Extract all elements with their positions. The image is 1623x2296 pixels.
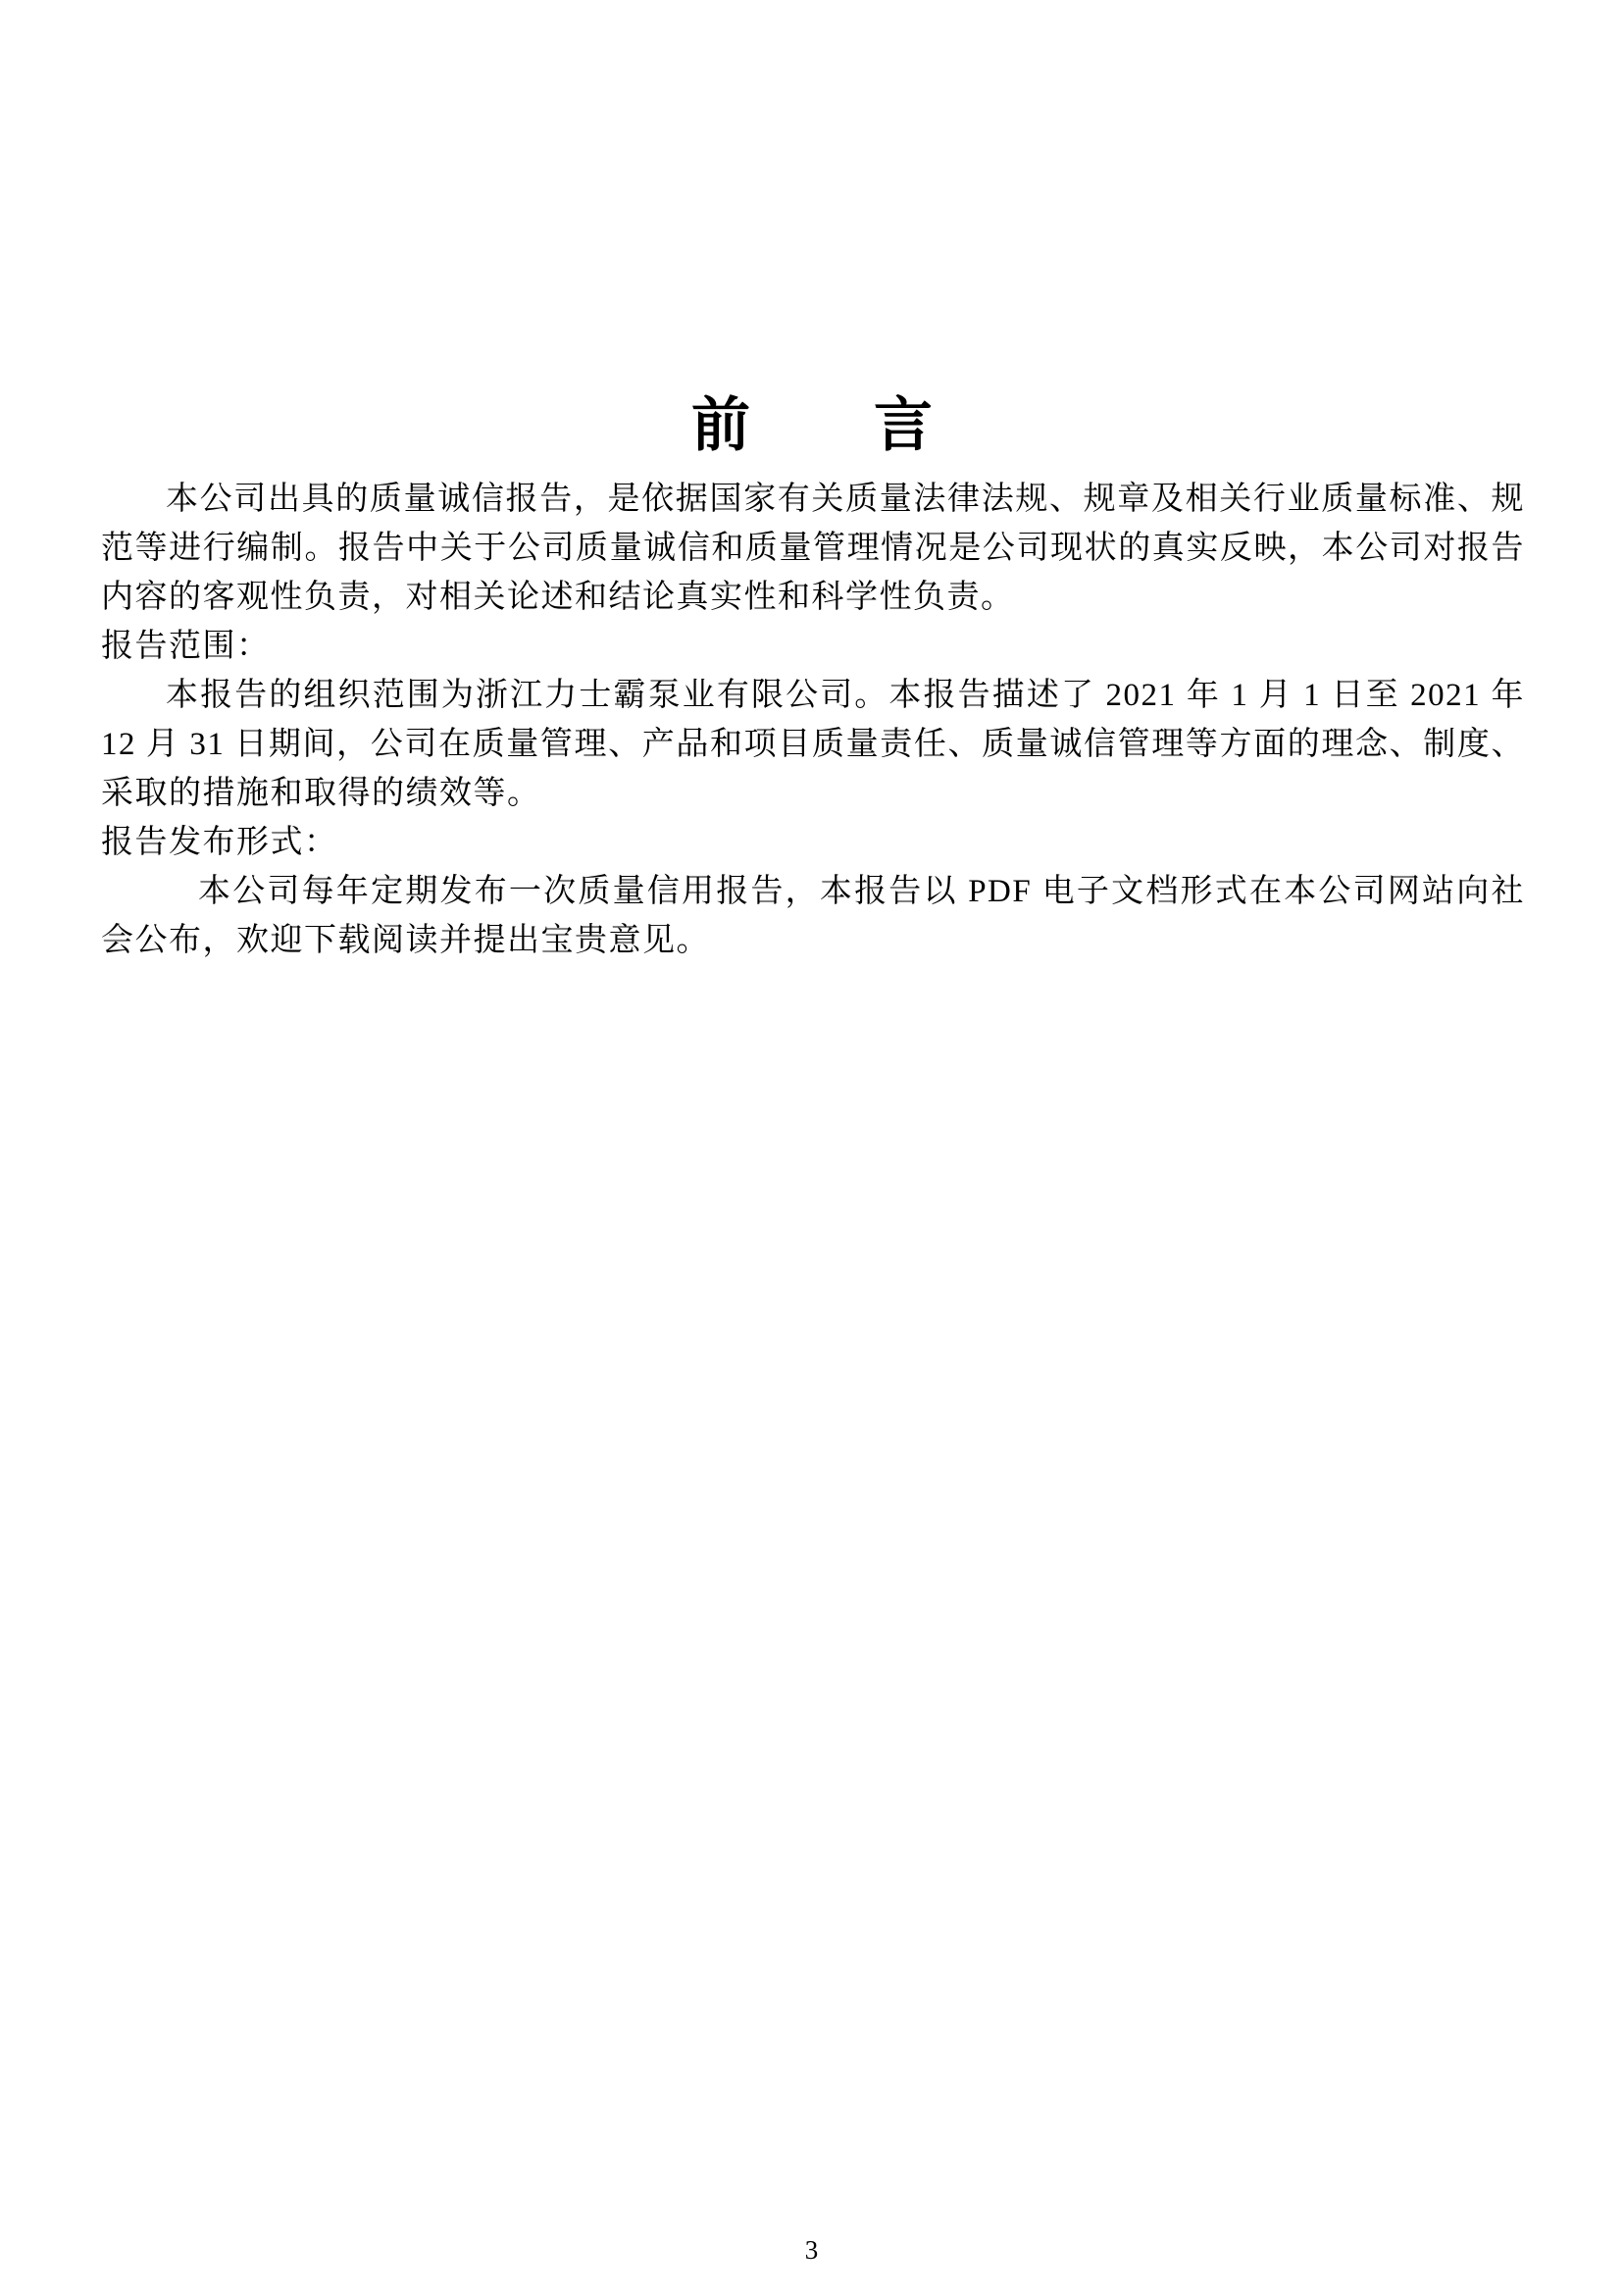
page-title: 前 言	[101, 390, 1525, 461]
document-content: 前 言 本公司出具的质量诚信报告，是依据国家有关质量法律法规、规章及相关行业质量…	[101, 390, 1525, 965]
scope-paragraph: 本报告的组织范围为浙江力士霸泵业有限公司。本报告描述了 2021 年 1 月 1…	[101, 671, 1525, 818]
document-body: 本公司出具的质量诚信报告，是依据国家有关质量法律法规、规章及相关行业质量标准、规…	[101, 475, 1525, 965]
release-heading: 报告发布形式：	[101, 818, 1525, 867]
document-page: 前 言 本公司出具的质量诚信报告，是依据国家有关质量法律法规、规章及相关行业质量…	[0, 0, 1623, 2296]
intro-paragraph: 本公司出具的质量诚信报告，是依据国家有关质量法律法规、规章及相关行业质量标准、规…	[101, 475, 1525, 622]
page-number: 3	[0, 2234, 1623, 2266]
release-paragraph: 本公司每年定期发布一次质量信用报告，本报告以 PDF 电子文档形式在本公司网站向…	[101, 867, 1525, 965]
scope-heading: 报告范围：	[101, 622, 1525, 671]
